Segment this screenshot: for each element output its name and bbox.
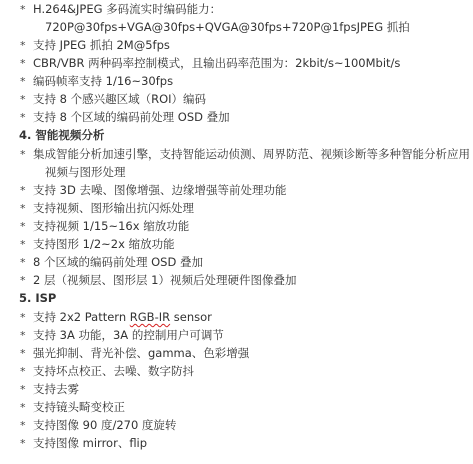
list-item: *支持 3A 功能，3A 的控制用户可调节 (20, 326, 224, 344)
list-item: *支持图像 mirror、flip (20, 434, 147, 452)
list-item-text: 支持 8 个区域的编码前处理 OSD 叠加 (33, 110, 230, 124)
star-bullet-icon: * (20, 73, 33, 91)
star-bullet-icon: * (20, 146, 33, 164)
list-item: *支持视频、图形输出抗闪烁处理 (20, 199, 194, 217)
star-bullet-icon: * (20, 309, 33, 327)
list-item: *强光抑制、背光补偿、gamma、色彩增强 (20, 344, 249, 362)
list-item-text: 支持 3A 功能，3A 的控制用户可调节 (33, 328, 224, 342)
list-item: *支持镜头畸变校正 (20, 398, 125, 416)
list-item: *8 个区域的编码前处理 OSD 叠加 (20, 253, 203, 271)
list-item: *支持图像 90 度/270 度旋转 (20, 416, 176, 434)
list-item-text: 支持视频 1/15~16x 缩放功能 (33, 219, 189, 233)
list-item-text: 支持图像 90 度/270 度旋转 (33, 418, 176, 432)
star-bullet-icon: * (20, 218, 33, 236)
list-item-text: 支持镜头畸变校正 (33, 400, 125, 414)
list-item: *支持视频 1/15~16x 缩放功能 (20, 217, 189, 235)
spellcheck-flagged-word[interactable]: RGB-IR (130, 310, 170, 324)
list-item: *H.264&JPEG 多码流实时编码能力： (20, 0, 221, 18)
list-item-text: 支持 3D 去噪、图像增强、边缘增强等前处理功能 (33, 183, 286, 197)
section-heading-smart-video-analysis: 4. 智能视频分析 (19, 126, 104, 144)
star-bullet-icon: * (20, 381, 33, 399)
list-item: *2 层（视频层、图形层 1）视频后处理硬件图像叠加 (20, 271, 296, 289)
list-item-text: 视频与图形处理 (45, 165, 126, 179)
star-bullet-icon: * (20, 109, 33, 127)
list-item-text: 支持 8 个感兴趣区域（ROI）编码 (33, 92, 206, 106)
list-item-text: 支持图形 1/2~2x 缩放功能 (33, 237, 175, 251)
star-bullet-icon: * (20, 236, 33, 254)
list-item: *CBR/VBR 两种码率控制模式，且输出码率范围为：2kbit/s~100Mb… (20, 54, 400, 72)
section-heading-text: 4. 智能视频分析 (19, 128, 104, 142)
list-item: *支持 8 个区域的编码前处理 OSD 叠加 (20, 108, 230, 126)
star-bullet-icon: * (20, 435, 33, 453)
list-item-text: 支持图像 mirror、flip (33, 436, 147, 450)
star-bullet-icon: * (20, 37, 33, 55)
list-item-text: 720P@30fps+VGA@30fps+QVGA@30fps+720P@1fp… (45, 20, 410, 34)
star-bullet-icon: * (20, 417, 33, 435)
star-bullet-icon: * (20, 363, 33, 381)
list-item-text: 支持坏点校正、去噪、数字防抖 (33, 364, 194, 378)
list-item: *集成智能分析加速引擎，支持智能运动侦测、周界防范、视频诊断等多种智能分析应用 (20, 145, 470, 163)
star-bullet-icon: * (20, 182, 33, 200)
star-bullet-icon: * (20, 345, 33, 363)
list-item-text: 2 层（视频层、图形层 1）视频后处理硬件图像叠加 (33, 273, 296, 287)
star-bullet-icon: * (20, 254, 33, 272)
list-item: *支持去雾 (20, 380, 79, 398)
list-item-text: 8 个区域的编码前处理 OSD 叠加 (33, 255, 203, 269)
list-item: *支持 3D 去噪、图像增强、边缘增强等前处理功能 (20, 181, 286, 199)
star-bullet-icon: * (20, 272, 33, 290)
list-item-text: 编码帧率支持 1/16~30fps (33, 74, 173, 88)
star-bullet-icon: * (20, 1, 33, 19)
list-item-text: 支持视频、图形输出抗闪烁处理 (33, 201, 194, 215)
section-heading-text: 5. ISP (19, 291, 56, 305)
star-bullet-icon: * (20, 200, 33, 218)
list-item-text: sensor (170, 310, 212, 324)
list-item-continuation: 720P@30fps+VGA@30fps+QVGA@30fps+720P@1fp… (45, 18, 410, 36)
list-item: *支持 JPEG 抓拍 2M@5fps (20, 36, 170, 54)
list-item: *编码帧率支持 1/16~30fps (20, 72, 173, 90)
star-bullet-icon: * (20, 399, 33, 417)
list-item-text: 支持 JPEG 抓拍 2M@5fps (33, 38, 170, 52)
list-item-text: H.264&JPEG 多码流实时编码能力： (33, 2, 221, 16)
star-bullet-icon: * (20, 327, 33, 345)
list-item-text: 支持 2x2 Pattern (33, 310, 130, 324)
list-item-text: 强光抑制、背光补偿、gamma、色彩增强 (33, 346, 249, 360)
star-bullet-icon: * (20, 55, 33, 73)
list-item: *支持坏点校正、去噪、数字防抖 (20, 362, 194, 380)
list-item-text: 支持去雾 (33, 382, 79, 396)
list-item: *支持 8 个感兴趣区域（ROI）编码 (20, 90, 206, 108)
list-item-continuation: 视频与图形处理 (45, 163, 126, 181)
list-item-text: 集成智能分析加速引擎，支持智能运动侦测、周界防范、视频诊断等多种智能分析应用 (33, 147, 470, 161)
star-bullet-icon: * (20, 91, 33, 109)
list-item: *支持图形 1/2~2x 缩放功能 (20, 235, 175, 253)
list-item: *支持 2x2 Pattern RGB-IR sensor (20, 308, 212, 326)
list-item-text: CBR/VBR 两种码率控制模式，且输出码率范围为：2kbit/s~100Mbi… (33, 56, 400, 70)
section-heading-isp: 5. ISP (19, 289, 56, 307)
